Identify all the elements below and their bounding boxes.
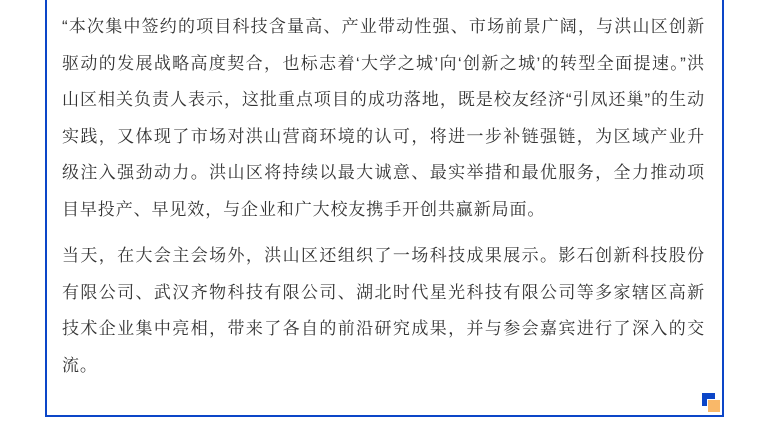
article-body: “本次集中签约的项目科技含量高、产业带动性强、市场前景广阔，与洪山区创新驱动的发… bbox=[47, 0, 722, 384]
page: “本次集中签约的项目科技含量高、产业带动性强、市场前景广阔，与洪山区创新驱动的发… bbox=[0, 0, 768, 444]
article-paragraph: 当天，在大会主会场外，洪山区还组织了一场科技成果展示。影石创新科技股份有限公司、… bbox=[62, 238, 705, 384]
article-container: “本次集中签约的项目科技含量高、产业带动性强、市场前景广阔，与洪山区创新驱动的发… bbox=[45, 0, 724, 417]
article-paragraph: “本次集中签约的项目科技含量高、产业带动性强、市场前景广阔，与洪山区创新驱动的发… bbox=[62, 9, 705, 228]
end-of-article-mark-icon bbox=[702, 393, 720, 412]
end-mark-orange-square bbox=[707, 399, 720, 412]
